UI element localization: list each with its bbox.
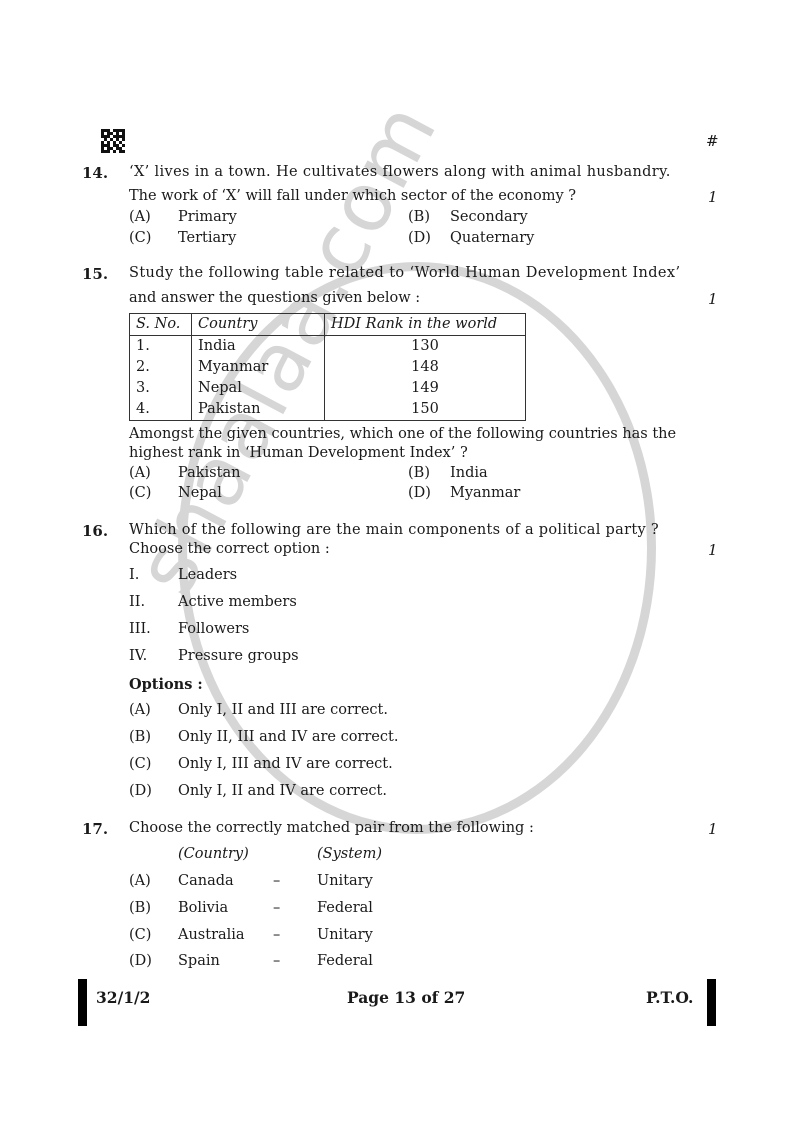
question-text-line: ‘X’ lives in a town. He cultivates flowe… <box>129 164 671 180</box>
table-cell: 4. <box>130 399 192 421</box>
option-c[interactable]: (C)Tertiary <box>129 230 151 246</box>
item-label: I. <box>129 567 139 583</box>
item-label: IV. <box>129 648 147 664</box>
column-header: Country <box>192 314 325 336</box>
table-cell: 149 <box>325 378 526 399</box>
table-cell: Nepal <box>192 378 325 399</box>
question-text-line: Study the following table related to ‘Wo… <box>129 265 680 281</box>
table-row: 4. Pakistan 150 <box>130 399 526 421</box>
table-cell: 148 <box>325 357 526 378</box>
option-label: (A) <box>129 209 151 225</box>
option-text: Primary <box>178 209 237 225</box>
option-label: (C) <box>129 927 151 943</box>
option-text: Only II, III and IV are correct. <box>178 729 398 745</box>
statement-item: I.Leaders <box>129 567 139 583</box>
question-number: 16. <box>82 522 108 540</box>
option-c[interactable]: (C)Nepal <box>129 485 151 501</box>
column-header: S. No. <box>130 314 192 336</box>
question-text-line: and answer the questions given below : <box>129 290 420 306</box>
option-label: (B) <box>408 465 430 481</box>
marks: 1 <box>708 820 718 838</box>
column-header-system: (System) <box>317 846 382 862</box>
pair-dash: – <box>273 953 280 969</box>
table-cell: Pakistan <box>192 399 325 421</box>
option-label: (C) <box>129 485 151 501</box>
option-text: Pakistan <box>178 465 240 481</box>
pair-country: Bolivia <box>178 900 228 916</box>
question-text-line: The work of ‘X’ will fall under which se… <box>129 188 576 204</box>
option-text: Tertiary <box>178 230 236 246</box>
pair-country: Spain <box>178 953 220 969</box>
option-label: (D) <box>408 230 431 246</box>
column-header-country: (Country) <box>178 846 249 862</box>
question-text-line: Which of the following are the main comp… <box>129 522 659 538</box>
marks: 1 <box>708 290 718 308</box>
pair-dash: – <box>273 927 280 943</box>
option-b[interactable]: (B)India <box>408 465 430 481</box>
question-number: 14. <box>82 164 108 182</box>
option-text: Myanmar <box>450 485 520 501</box>
option-text: Quaternary <box>450 230 534 246</box>
item-text: Pressure groups <box>178 648 299 664</box>
option-text: Only I, II and IV are correct. <box>178 783 387 799</box>
paper-code: 32/1/2 <box>96 988 150 1007</box>
pair-system: Federal <box>317 900 373 916</box>
marks: 1 <box>708 188 718 206</box>
question-number: 17. <box>82 820 108 838</box>
table-cell: 150 <box>325 399 526 421</box>
option-text: Nepal <box>178 485 222 501</box>
option-text: India <box>450 465 488 481</box>
question-number: 15. <box>82 265 108 283</box>
option-label: (C) <box>129 230 151 246</box>
statement-item: III.Followers <box>129 621 151 637</box>
options-heading: Options : <box>129 676 203 693</box>
option-b[interactable]: (B) Bolivia – Federal <box>129 900 429 920</box>
pair-system: Unitary <box>317 873 373 889</box>
item-text: Active members <box>178 594 297 610</box>
statement-item: II.Active members <box>129 594 145 610</box>
statement-item: IV.Pressure groups <box>129 648 147 664</box>
option-label: (B) <box>129 900 151 916</box>
option-label: (C) <box>129 756 151 772</box>
option-a[interactable]: (A)Pakistan <box>129 465 151 481</box>
hash-mark: # <box>706 132 719 150</box>
hdi-table: S. No. Country HDI Rank in the world 1. … <box>129 313 526 421</box>
option-c[interactable]: (C)Only I, III and IV are correct. <box>129 756 151 772</box>
option-label: (A) <box>129 873 151 889</box>
table-header-row: S. No. Country HDI Rank in the world <box>130 314 526 336</box>
pto-label: P.T.O. <box>646 988 693 1007</box>
option-label: (B) <box>408 209 430 225</box>
table-cell: Myanmar <box>192 357 325 378</box>
question-text-line: Choose the correctly matched pair from t… <box>129 820 534 836</box>
footer-bar-left <box>78 979 87 1026</box>
table-cell: 3. <box>130 378 192 399</box>
table-row: 1. India 130 <box>130 336 526 358</box>
option-label: (D) <box>129 953 152 969</box>
table-cell: 1. <box>130 336 192 358</box>
table-row: 3. Nepal 149 <box>130 378 526 399</box>
page-number: Page 13 of 27 <box>347 988 465 1007</box>
option-a[interactable]: (A)Only I, II and III are correct. <box>129 702 151 718</box>
item-label: II. <box>129 594 145 610</box>
option-b[interactable]: (B)Only II, III and IV are correct. <box>129 729 151 745</box>
pair-country: Australia <box>178 927 245 943</box>
item-text: Followers <box>178 621 249 637</box>
pair-system: Federal <box>317 953 373 969</box>
option-a[interactable]: (A)Primary <box>129 209 151 225</box>
option-label: (B) <box>129 729 151 745</box>
option-label: (A) <box>129 465 151 481</box>
pair-dash: – <box>273 900 280 916</box>
question-text-line: Amongst the given countries, which one o… <box>129 426 676 442</box>
question-text-line: highest rank in ‘Human Development Index… <box>129 445 468 461</box>
pair-country: Canada <box>178 873 234 889</box>
pair-dash: – <box>273 873 280 889</box>
option-text: Only I, III and IV are correct. <box>178 756 393 772</box>
pair-system: Unitary <box>317 927 373 943</box>
option-text: Secondary <box>450 209 528 225</box>
option-label: (D) <box>129 783 152 799</box>
marks: 1 <box>708 541 718 559</box>
table-row: 2. Myanmar 148 <box>130 357 526 378</box>
option-d[interactable]: (D)Myanmar <box>408 485 431 501</box>
option-text: Only I, II and III are correct. <box>178 702 388 718</box>
option-label: (D) <box>408 485 431 501</box>
option-a[interactable]: (A) Canada – Unitary <box>129 873 429 893</box>
item-text: Leaders <box>178 567 237 583</box>
option-d[interactable]: (D)Only I, II and IV are correct. <box>129 783 152 799</box>
item-label: III. <box>129 621 151 637</box>
option-b[interactable]: (B)Secondary <box>408 209 430 225</box>
option-c[interactable]: (C) Australia – Unitary <box>129 927 429 947</box>
table-cell: India <box>192 336 325 358</box>
table-cell: 130 <box>325 336 526 358</box>
question-text-line: Choose the correct option : <box>129 541 330 557</box>
option-d[interactable]: (D)Quaternary <box>408 230 431 246</box>
qr-code-icon <box>101 129 125 153</box>
option-label: (A) <box>129 702 151 718</box>
column-header: HDI Rank in the world <box>325 314 526 336</box>
footer-bar-right <box>707 979 716 1026</box>
table-cell: 2. <box>130 357 192 378</box>
option-d[interactable]: (D) Spain – Federal <box>129 953 429 973</box>
